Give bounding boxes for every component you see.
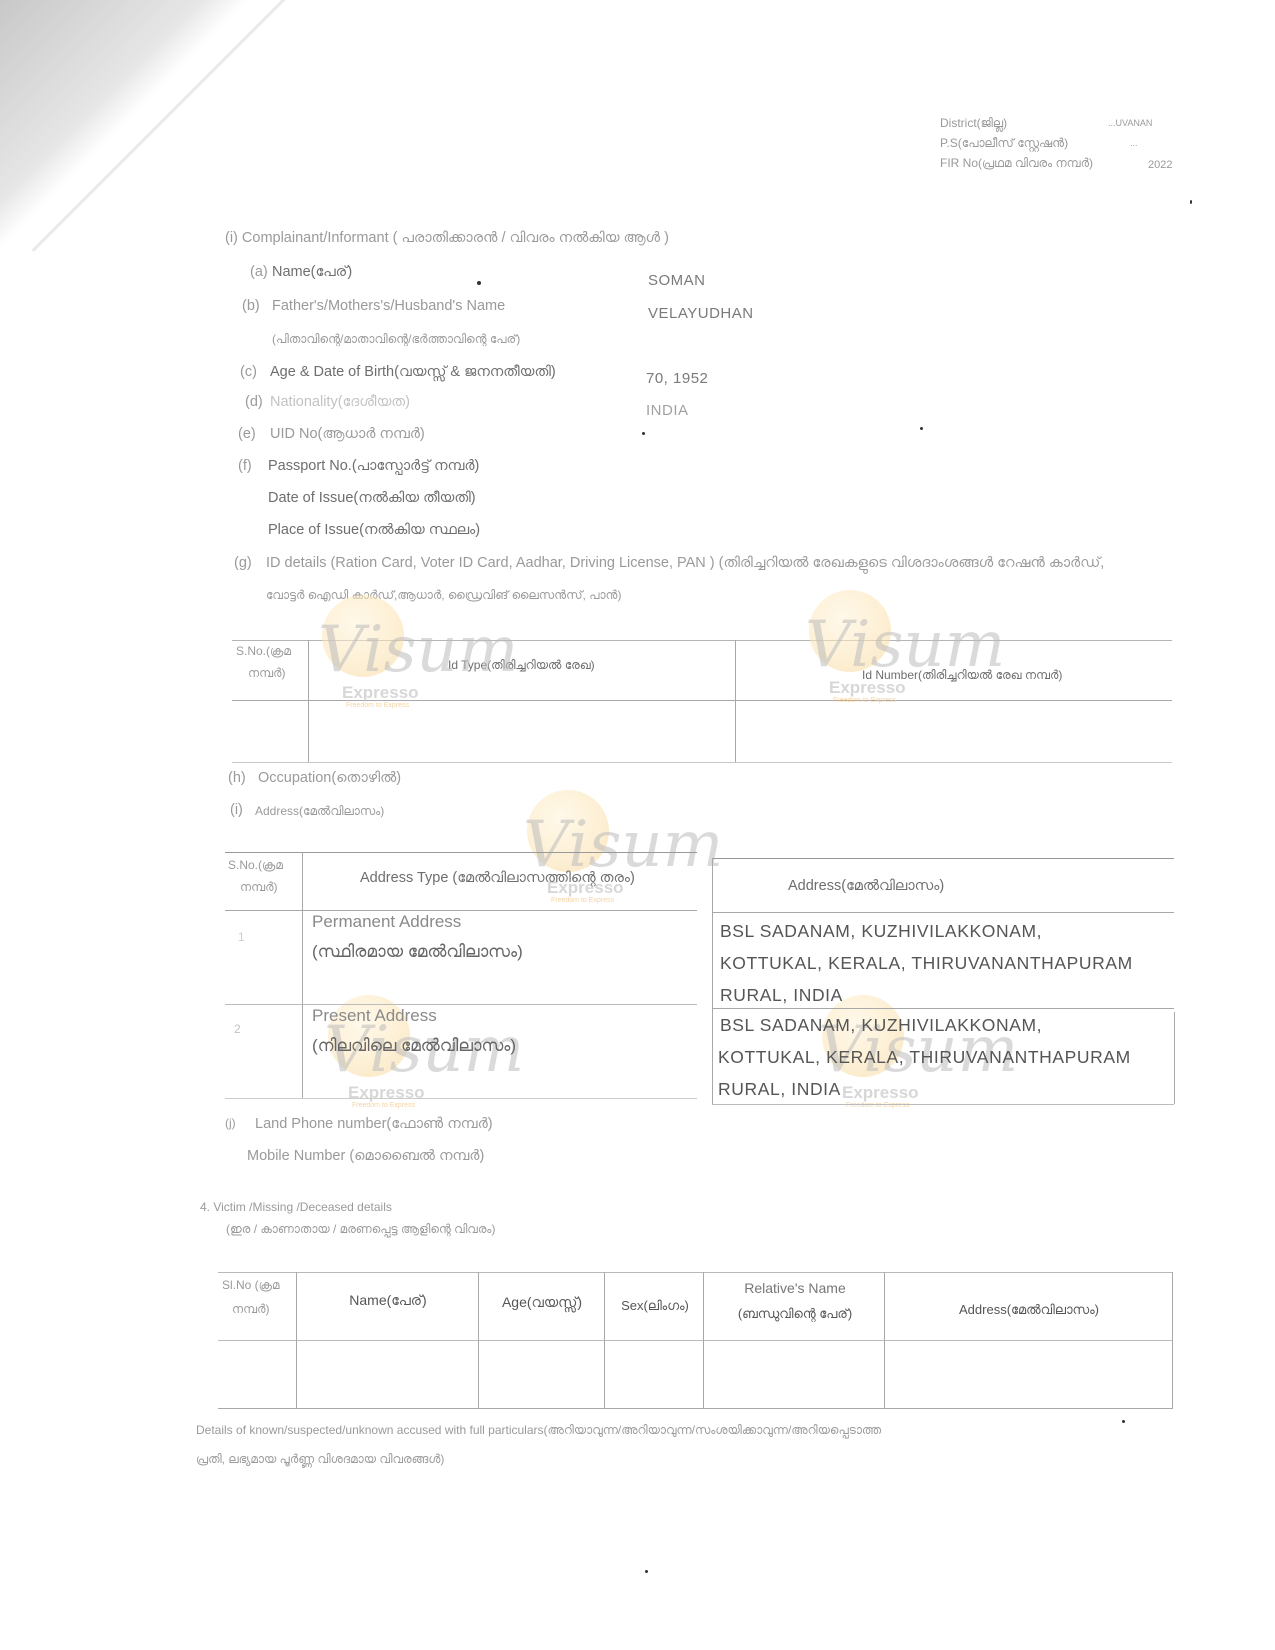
table-border bbox=[225, 1098, 697, 1099]
address-type-ml: (നിലവിലെ മേൽവിലാസം) bbox=[312, 1036, 516, 1056]
date-of-issue-label: Date of Issue(നൽകിയ തീയതി) bbox=[268, 490, 476, 506]
ps-label: P.S(പോലീസ് സ്റ്റേഷൻ) bbox=[940, 136, 1068, 151]
table-border bbox=[604, 1272, 605, 1408]
address-label: Address(മേൽവിലാസം) bbox=[255, 804, 384, 819]
field-marker: (d) bbox=[245, 394, 263, 410]
mobile-number-label: Mobile Number (മൊബൈൽ നമ്പർ) bbox=[247, 1148, 484, 1164]
fir-document-page: District(ജില്ല) ...UVANAN P.S(പോലീസ് സ്റ… bbox=[0, 0, 1275, 1650]
victim-section-title-ml: (ഇര / കാണാതായ / മരണപ്പെട്ട ആളിന്റെ വിവരം… bbox=[226, 1222, 495, 1237]
table-border bbox=[703, 1272, 704, 1408]
place-of-issue-label: Place of Issue(നൽകിയ സ്ഥലം) bbox=[268, 522, 480, 538]
sno-header-2: നമ്പർ) bbox=[240, 880, 278, 895]
victim-address-header: Address(മേൽവിലാസം) bbox=[886, 1302, 1172, 1318]
table-border bbox=[225, 1004, 697, 1005]
row-sno: 2 bbox=[234, 1022, 241, 1036]
watermark-logo: VisumExpressoFreedom to Express bbox=[787, 590, 917, 720]
speck bbox=[920, 427, 923, 430]
age-header: Age(വയസ്സ്) bbox=[480, 1294, 604, 1311]
field-marker: (h) bbox=[228, 770, 246, 786]
table-border bbox=[225, 910, 697, 911]
land-phone-label: Land Phone number(ഫോൺ നമ്പർ) bbox=[255, 1116, 493, 1132]
speck bbox=[645, 1570, 648, 1573]
victim-section-title: 4. Victim /Missing /Deceased details bbox=[200, 1200, 392, 1214]
table-border bbox=[478, 1272, 479, 1408]
fir-no-label: FIR No(പ്രഥമ വിവരം നമ്പർ) bbox=[940, 156, 1093, 171]
table-border bbox=[218, 1272, 1173, 1273]
address-line: RURAL, INDIA bbox=[720, 980, 843, 1011]
age-dob-value: 70, 1952 bbox=[646, 370, 708, 387]
speck bbox=[1122, 1420, 1125, 1423]
uid-label: UID No(ആധാർ നമ്പർ) bbox=[270, 426, 425, 442]
parent-name-label-ml: (പിതാവിന്റെ/മാതാവിന്റെ/ഭർത്താവിന്റെ പേര്… bbox=[272, 332, 520, 347]
table-border bbox=[712, 858, 713, 1104]
fir-no-value: 2022 bbox=[1148, 159, 1172, 171]
ps-value: ... bbox=[1130, 138, 1138, 148]
table-border bbox=[1174, 1012, 1175, 1104]
relative-name-header: Relative's Name bbox=[706, 1280, 884, 1296]
nationality-label: Nationality(ദേശീയത) bbox=[270, 394, 410, 410]
table-border bbox=[218, 1340, 1173, 1341]
address-line: RURAL, INDIA bbox=[718, 1074, 841, 1105]
nationality-value: INDIA bbox=[646, 402, 689, 419]
sno-header-2: നമ്പർ) bbox=[232, 1302, 270, 1317]
age-dob-label: Age & Date of Birth(വയസ്സ് & ജനനതീയതി) bbox=[270, 364, 556, 380]
sex-header: Sex(ലിംഗം) bbox=[606, 1298, 704, 1314]
table-border bbox=[735, 640, 736, 762]
speck bbox=[1190, 200, 1192, 204]
id-details-label: ID details (Ration Card, Voter ID Card, … bbox=[266, 555, 1104, 571]
table-border bbox=[712, 858, 1174, 859]
table-border bbox=[225, 852, 697, 853]
table-border bbox=[302, 852, 303, 1098]
field-marker: (a) bbox=[250, 264, 268, 280]
district-label: District(ജില്ല) bbox=[940, 116, 1007, 131]
relative-name-header-ml: (ബന്ധുവിന്റെ പേര്) bbox=[706, 1306, 884, 1322]
row-sno: 1 bbox=[238, 930, 245, 944]
address-type: Present Address bbox=[312, 1006, 437, 1026]
speck bbox=[477, 281, 481, 285]
field-marker: (i) bbox=[230, 802, 243, 818]
folded-corner bbox=[0, 0, 250, 250]
field-marker: (j) bbox=[225, 1116, 236, 1130]
field-marker: (g) bbox=[234, 555, 252, 571]
field-marker: (c) bbox=[240, 364, 257, 380]
address-type-header: Address Type (മേൽവിലാസത്തിന്റെ തരം) bbox=[360, 870, 635, 886]
parent-name-label: Father's/Mothers's/Husband's Name bbox=[272, 298, 505, 314]
name-header: Name(പേര്) bbox=[298, 1292, 478, 1309]
address-line: KOTTUKAL, KERALA, THIRUVANANTHAPURAM bbox=[718, 1042, 1131, 1073]
accused-details-label-ml: പ്രതി, ലഭ്യമായ പൂർണ്ണ വിശദമായ വിവരങ്ങൾ) bbox=[196, 1452, 444, 1467]
sno-header-2: നമ്പർ) bbox=[248, 666, 286, 681]
table-border bbox=[218, 1408, 1173, 1409]
passport-label: Passport No.(പാസ്പോർട്ട് നമ്പർ) bbox=[268, 458, 479, 474]
occupation-label: Occupation(തൊഴിൽ) bbox=[258, 770, 401, 786]
field-marker: (e) bbox=[238, 426, 256, 442]
name-value: SOMAN bbox=[648, 272, 706, 289]
sno-header: S.No.(ക്രമ bbox=[236, 644, 291, 659]
address-line: KOTTUKAL, KERALA, THIRUVANANTHAPURAM bbox=[720, 948, 1133, 979]
complainant-section-title: (i) Complainant/Informant ( പരാതിക്കാരൻ … bbox=[225, 230, 669, 246]
parent-name-value: VELAYUDHAN bbox=[648, 305, 754, 322]
speck bbox=[642, 432, 645, 435]
table-border bbox=[712, 912, 1174, 913]
table-border bbox=[232, 762, 1172, 763]
name-label: Name(പേര്) bbox=[272, 264, 352, 280]
table-border bbox=[296, 1272, 297, 1408]
address-type: Permanent Address bbox=[312, 912, 461, 932]
table-border bbox=[884, 1272, 885, 1408]
address-line: BSL SADANAM, KUZHIVILAKKONAM, bbox=[720, 916, 1042, 947]
table-border bbox=[1172, 1272, 1173, 1408]
address-type-ml: (സ്ഥിരമായ മേൽവിലാസം) bbox=[312, 942, 523, 962]
field-marker: (b) bbox=[242, 298, 260, 314]
accused-details-label: Details of known/suspected/unknown accus… bbox=[196, 1423, 881, 1438]
address-line: BSL SADANAM, KUZHIVILAKKONAM, bbox=[720, 1010, 1042, 1041]
field-marker: (f) bbox=[238, 458, 252, 474]
sno-header: S.No.(ക്രമ bbox=[228, 858, 283, 873]
watermark-logo: VisumExpressoFreedom to Express bbox=[505, 790, 635, 920]
address-header: Address(മേൽവിലാസം) bbox=[788, 878, 944, 894]
sno-header: Sl.No (ക്രമ bbox=[222, 1278, 280, 1293]
district-value: ...UVANAN bbox=[1108, 118, 1152, 128]
watermark-logo: VisumExpressoFreedom to Express bbox=[300, 595, 430, 725]
